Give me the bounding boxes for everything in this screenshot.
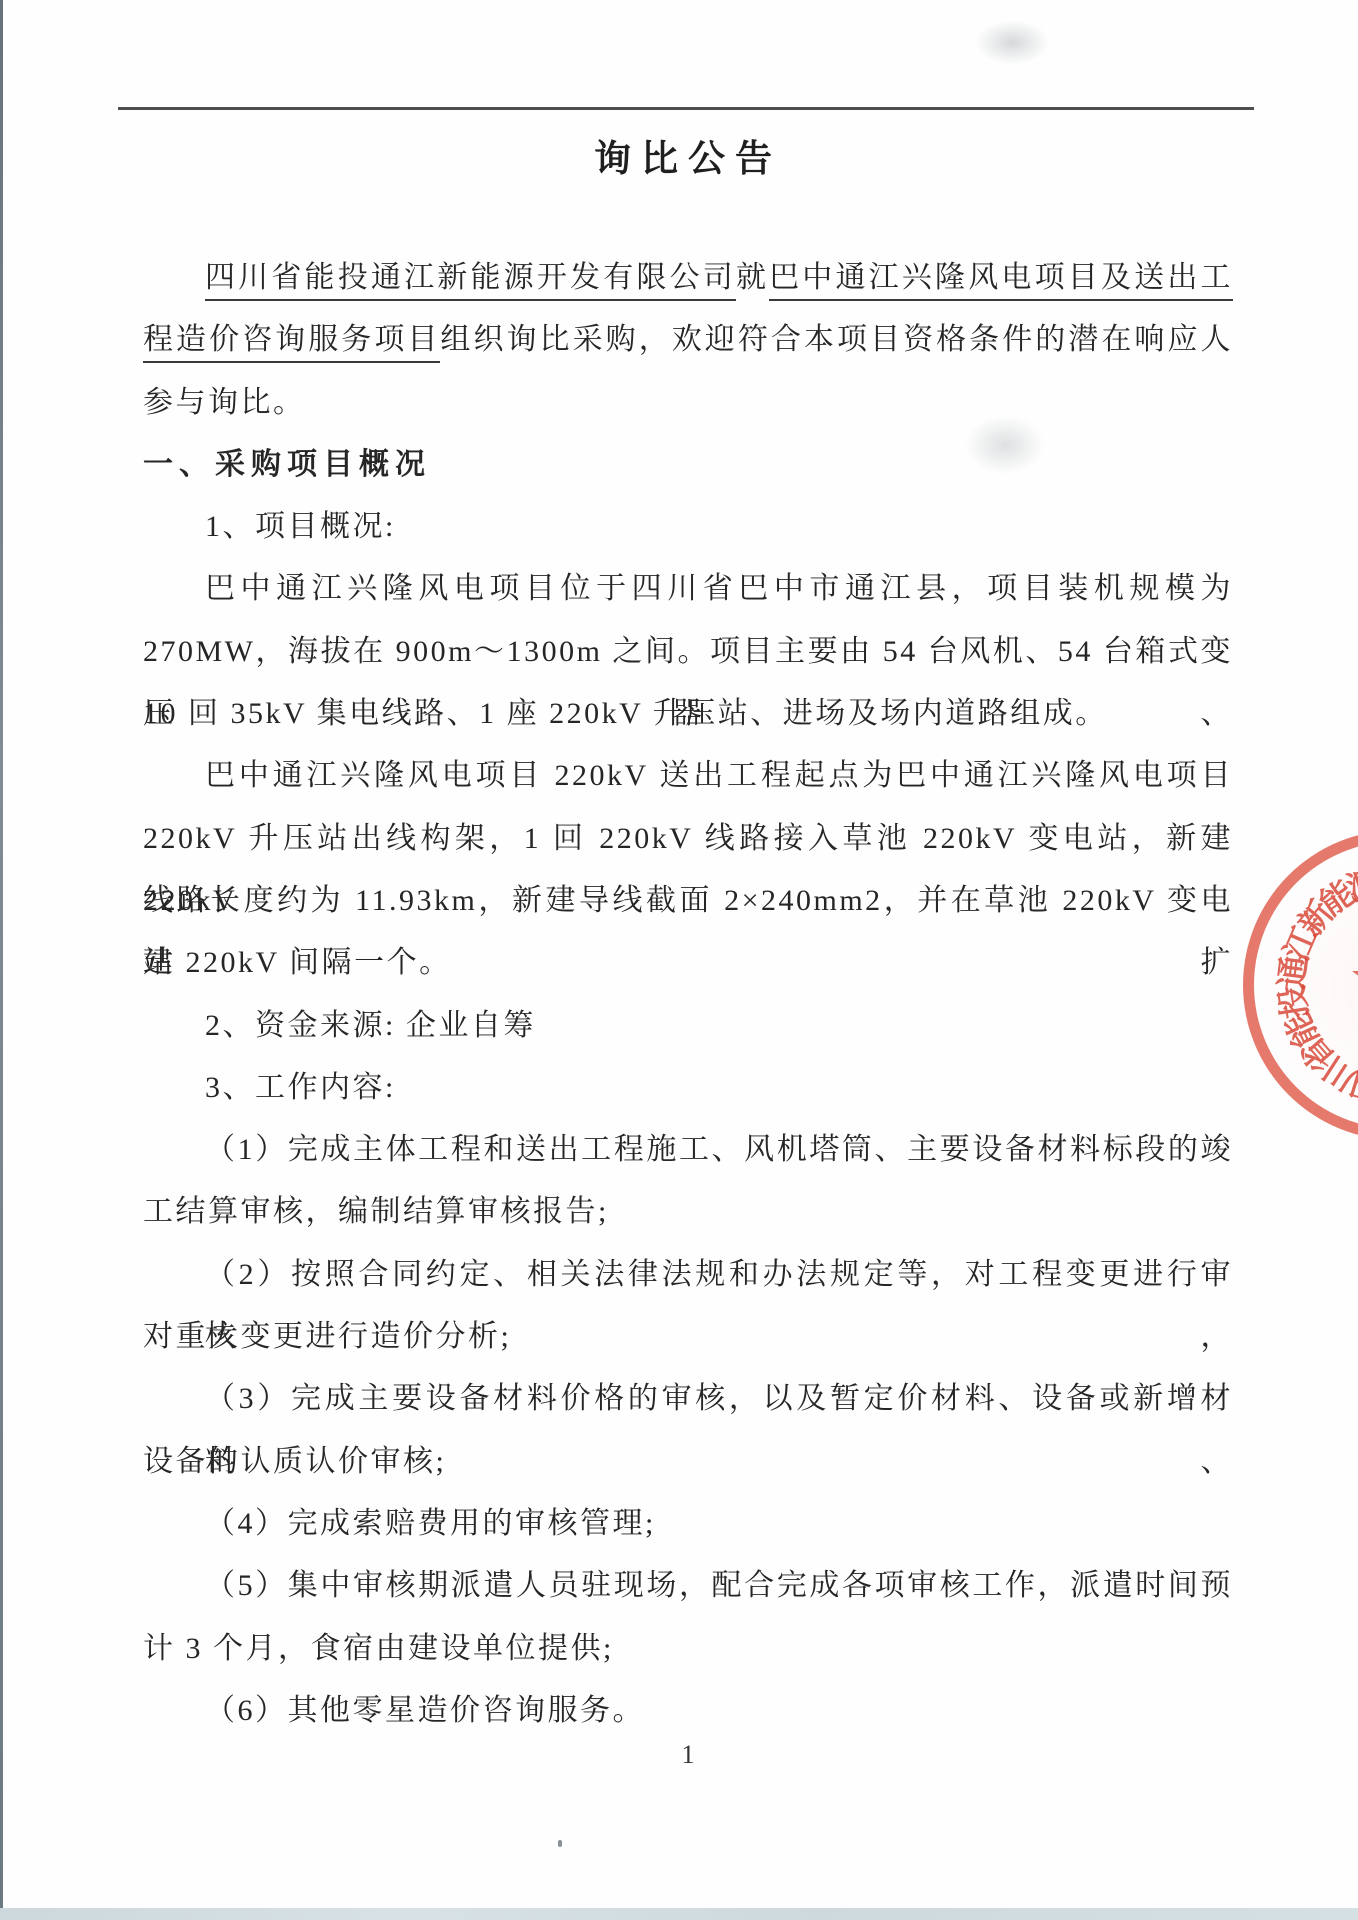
text-line: 线路长度约为 11.93km，新建导线截面 2×240mm2，并在草池 220k… [143,870,1233,932]
text-segment: 建 220kV 间隔一个。 [143,946,452,979]
scan-artifact [975,20,1050,65]
company-seal: ★ 四川省能投通江新能源 [1243,830,1358,1140]
text-segment: （1）完成主体工程和送出工程施工、风机塔筒、主要设备材料标段的竣 [205,1133,1233,1166]
text-segment: 对重大变更进行造价分析; [143,1320,511,1353]
header-rule [118,107,1254,110]
section-heading: 一、采购项目概况 [143,434,1233,496]
underlined-text: 程造价咨询服务项目 [143,323,440,363]
text-segment: （5）集中审核期派遣人员驻现场，配合完成各项审核工作，派遣时间预 [205,1569,1233,1602]
text-segment: 组织询比采购，欢迎符合本项目资格条件的潜在响应人 [440,323,1233,356]
text-segment: 巴中通江兴隆风电项目位于四川省巴中市通江县，项目装机规模为 [205,572,1233,605]
text-line: 计 3 个月，食宿由建设单位提供; [143,1618,1233,1680]
scan-edge-left [0,0,3,1920]
text-line: 220kV 升压站出线构架，1 回 220kV 线路接入草池 220kV 变电站… [143,808,1233,870]
underlined-text: 四川省能投通江新能源开发有限公司 [205,261,736,301]
text-line: 2、资金来源: 企业自筹 [143,995,1233,1057]
body-lines: 四川省能投通江新能源开发有限公司就巴中通江兴隆风电项目及送出工程造价咨询服务项目… [143,247,1233,1742]
text-segment: （6）其他零星造价咨询服务。 [205,1694,645,1727]
text-segment: 1、项目概况: [205,510,396,543]
text-line: 巴中通江兴隆风电项目位于四川省巴中市通江县，项目装机规模为 [143,558,1233,620]
text-line: 参与询比。 [143,372,1233,434]
text-line: （3）完成主要设备材料价格的审核，以及暂定价材料、设备或新增材料、 [143,1368,1233,1430]
text-line: （6）其他零星造价咨询服务。 [143,1680,1233,1742]
text-line: 10 回 35kV 集电线路、1 座 220kV 升压站、进场及场内道路组成。 [143,683,1233,745]
text-segment: （4）完成索赔费用的审核管理; [205,1507,656,1540]
page-number: 1 [143,1740,1233,1770]
text-line: 1、项目概况: [143,496,1233,558]
seal-star-icon: ★ [1344,921,1358,1049]
text-segment: 10 回 35kV 集电线路、1 座 220kV 升压站、进场及场内道路组成。 [143,697,1108,730]
text-line: 巴中通江兴隆风电项目 220kV 送出工程起点为巴中通江兴隆风电项目 [143,745,1233,807]
text-segment: 2、资金来源: 企业自筹 [205,1009,536,1042]
text-line: 3、工作内容: [143,1057,1233,1119]
text-segment: 参与询比。 [143,386,306,419]
text-segment: 3、工作内容: [205,1071,396,1104]
scanned-document-page: 询比公告 四川省能投通江新能源开发有限公司就巴中通江兴隆风电项目及送出工程造价咨… [0,0,1358,1920]
text-segment: 工结算审核，编制结算审核报告; [143,1195,609,1228]
text-line: 程造价咨询服务项目组织询比采购，欢迎符合本项目资格条件的潜在响应人 [143,309,1233,371]
underlined-text: 巴中通江兴隆风电项目及送出工 [769,261,1233,301]
text-line: （4）完成索赔费用的审核管理; [143,1493,1233,1555]
scan-edge-bottom [0,1908,1358,1920]
text-line: 270MW，海拔在 900m～1300m 之间。项目主要由 54 台风机、54 … [143,621,1233,683]
text-line: （5）集中审核期派遣人员驻现场，配合完成各项审核工作，派遣时间预 [143,1555,1233,1617]
text-line: 工结算审核，编制结算审核报告; [143,1181,1233,1243]
text-line: 四川省能投通江新能源开发有限公司就巴中通江兴隆风电项目及送出工 [143,247,1233,309]
page-title: 询比公告 [143,128,1233,182]
text-segment: 一、采购项目概况 [143,448,431,481]
text-segment: 巴中通江兴隆风电项目 220kV 送出工程起点为巴中通江兴隆风电项目 [205,759,1233,792]
scan-artifact [558,1840,562,1847]
text-line: （2）按照合同约定、相关法律法规和办法规定等，对工程变更进行审核， [143,1244,1233,1306]
text-segment: 计 3 个月，食宿由建设单位提供; [143,1632,614,1665]
text-line: （1）完成主体工程和送出工程施工、风机塔筒、主要设备材料标段的竣 [143,1119,1233,1181]
text-segment: 设备的认质认价审核; [143,1445,446,1478]
text-segment: 就 [736,261,769,294]
